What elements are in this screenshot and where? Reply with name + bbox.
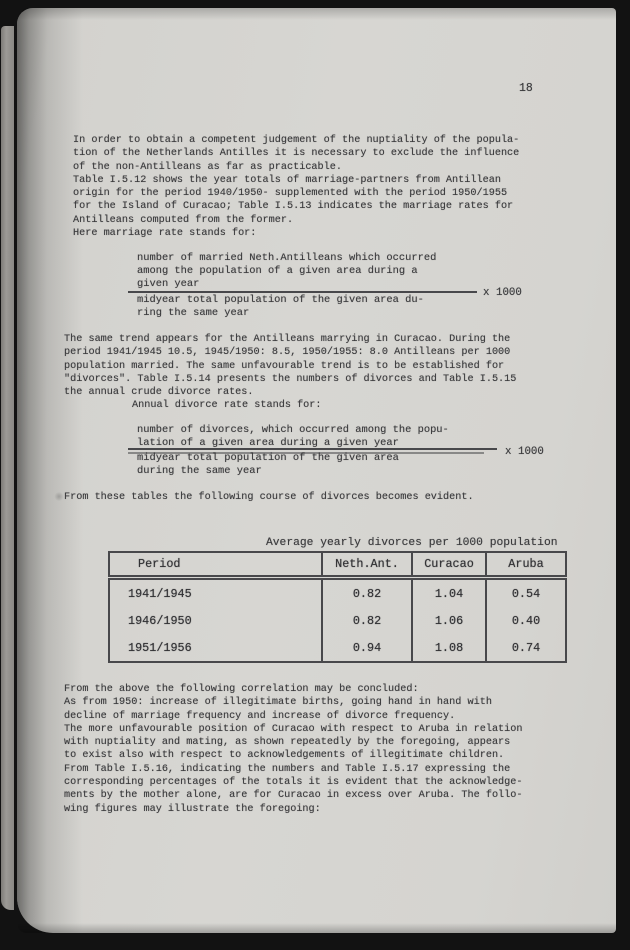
text-line: period 1941/1945 10.5, 1945/1950: 8.5, 1… <box>64 346 516 359</box>
text-line: As from 1950: increase of illegitimate b… <box>64 696 523 709</box>
page-content: 18 In order to obtain a competent judgem… <box>0 0 630 950</box>
column-header-curacao: Curacao <box>412 552 486 578</box>
intro-paragraph: In order to obtain a competent judgement… <box>73 134 519 240</box>
divorce-rate-formula-denominator: midyear total population of the given ar… <box>137 452 399 478</box>
table-row: 1951/1956 0.94 1.08 0.74 <box>109 634 566 662</box>
text-line: population married. The same unfavourabl… <box>64 360 516 373</box>
text-line: In order to obtain a competent judgement… <box>73 134 519 147</box>
column-header-period: Period <box>109 552 322 578</box>
tables-note-line: From these tables the following course o… <box>64 491 474 504</box>
marriage-rate-formula-denominator: midyear total population of the given ar… <box>137 294 424 320</box>
cell-curacao: 1.04 <box>412 578 486 608</box>
divorce-rate-formula-numerator: number of divorces, which occurred among… <box>137 424 449 450</box>
text-line: The more unfavourable position of Curaca… <box>64 723 523 736</box>
text-line: given year <box>137 278 436 291</box>
cell-period: 1946/1950 <box>109 607 322 634</box>
text-line: number of married Neth.Antilleans which … <box>137 252 436 265</box>
text-line: "divorces". Table I.5.14 presents the nu… <box>64 373 516 386</box>
cell-neth-ant: 0.82 <box>322 578 412 608</box>
cell-curacao: 1.06 <box>412 607 486 634</box>
table-title: Average yearly divorces per 1000 populat… <box>266 537 558 549</box>
text-line: From the above the following correlation… <box>64 683 523 696</box>
text-line: Table I.5.12 shows the year totals of ma… <box>73 174 519 187</box>
table-row: 1941/1945 0.82 1.04 0.54 <box>109 578 566 608</box>
divorce-rates-table: Period Neth.Ant. Curacao Aruba 1941/1945… <box>108 551 567 663</box>
cell-curacao: 1.08 <box>412 634 486 662</box>
cell-aruba: 0.54 <box>486 578 566 608</box>
column-header-aruba: Aruba <box>486 552 566 578</box>
multiplier-label: x 1000 <box>483 287 522 299</box>
text-line: tion of the Netherlands Antilles it is n… <box>73 147 519 160</box>
text-line: decline of marriage frequency and increa… <box>64 710 523 723</box>
text-line: Here marriage rate stands for: <box>73 227 519 240</box>
trend-paragraph: The same trend appears for the Antillean… <box>64 333 516 413</box>
text-line: Annual divorce rate stands for: <box>132 399 516 412</box>
text-line: The same trend appears for the Antillean… <box>64 333 516 346</box>
table-row: 1946/1950 0.82 1.06 0.40 <box>109 607 566 634</box>
cell-neth-ant: 0.82 <box>322 607 412 634</box>
text-line: during the same year <box>137 465 399 478</box>
text-line: wing figures may illustrate the foregoin… <box>64 803 523 816</box>
ink-smudge <box>54 492 64 501</box>
text-line: ments by the mother alone, are for Curac… <box>64 789 523 802</box>
text-line: number of divorces, which occurred among… <box>137 424 449 437</box>
cell-aruba: 0.74 <box>486 634 566 662</box>
text-line: to exist also with respect to acknowledg… <box>64 749 523 762</box>
cell-period: 1941/1945 <box>109 578 322 608</box>
marriage-rate-formula-numerator: number of married Neth.Antilleans which … <box>137 252 436 292</box>
text-line: of the non-Antilleans as far as practica… <box>73 161 519 174</box>
cell-neth-ant: 0.94 <box>322 634 412 662</box>
text-line: for the Island of Curacao; Table I.5.13 … <box>73 200 519 213</box>
column-header-neth-ant: Neth.Ant. <box>322 552 412 578</box>
table-header-row: Period Neth.Ant. Curacao Aruba <box>109 552 566 578</box>
conclusion-paragraph: From the above the following correlation… <box>64 683 523 816</box>
text-line: among the population of a given area dur… <box>137 265 436 278</box>
text-line: Antilleans computed from the former. <box>73 214 519 227</box>
text-line: corresponding percentages of the totals … <box>64 776 523 789</box>
fraction-bar <box>128 448 497 450</box>
text-line: midyear total population of the given ar… <box>137 452 399 465</box>
multiplier-label: x 1000 <box>505 446 544 458</box>
text-line: midyear total population of the given ar… <box>137 294 424 307</box>
cell-period: 1951/1956 <box>109 634 322 662</box>
fraction-bar <box>128 291 477 293</box>
cell-aruba: 0.40 <box>486 607 566 634</box>
text-line: From these tables the following course o… <box>64 491 474 504</box>
text-line: From Table I.5.16, indicating the number… <box>64 763 523 776</box>
page-number: 18 <box>519 82 533 95</box>
text-line: the annual crude divorce rates. <box>64 386 516 399</box>
text-line: ring the same year <box>137 307 424 320</box>
text-line: with nuptiality and mating, as shown rep… <box>64 736 523 749</box>
text-line: origin for the period 1940/1950- supplem… <box>73 187 519 200</box>
